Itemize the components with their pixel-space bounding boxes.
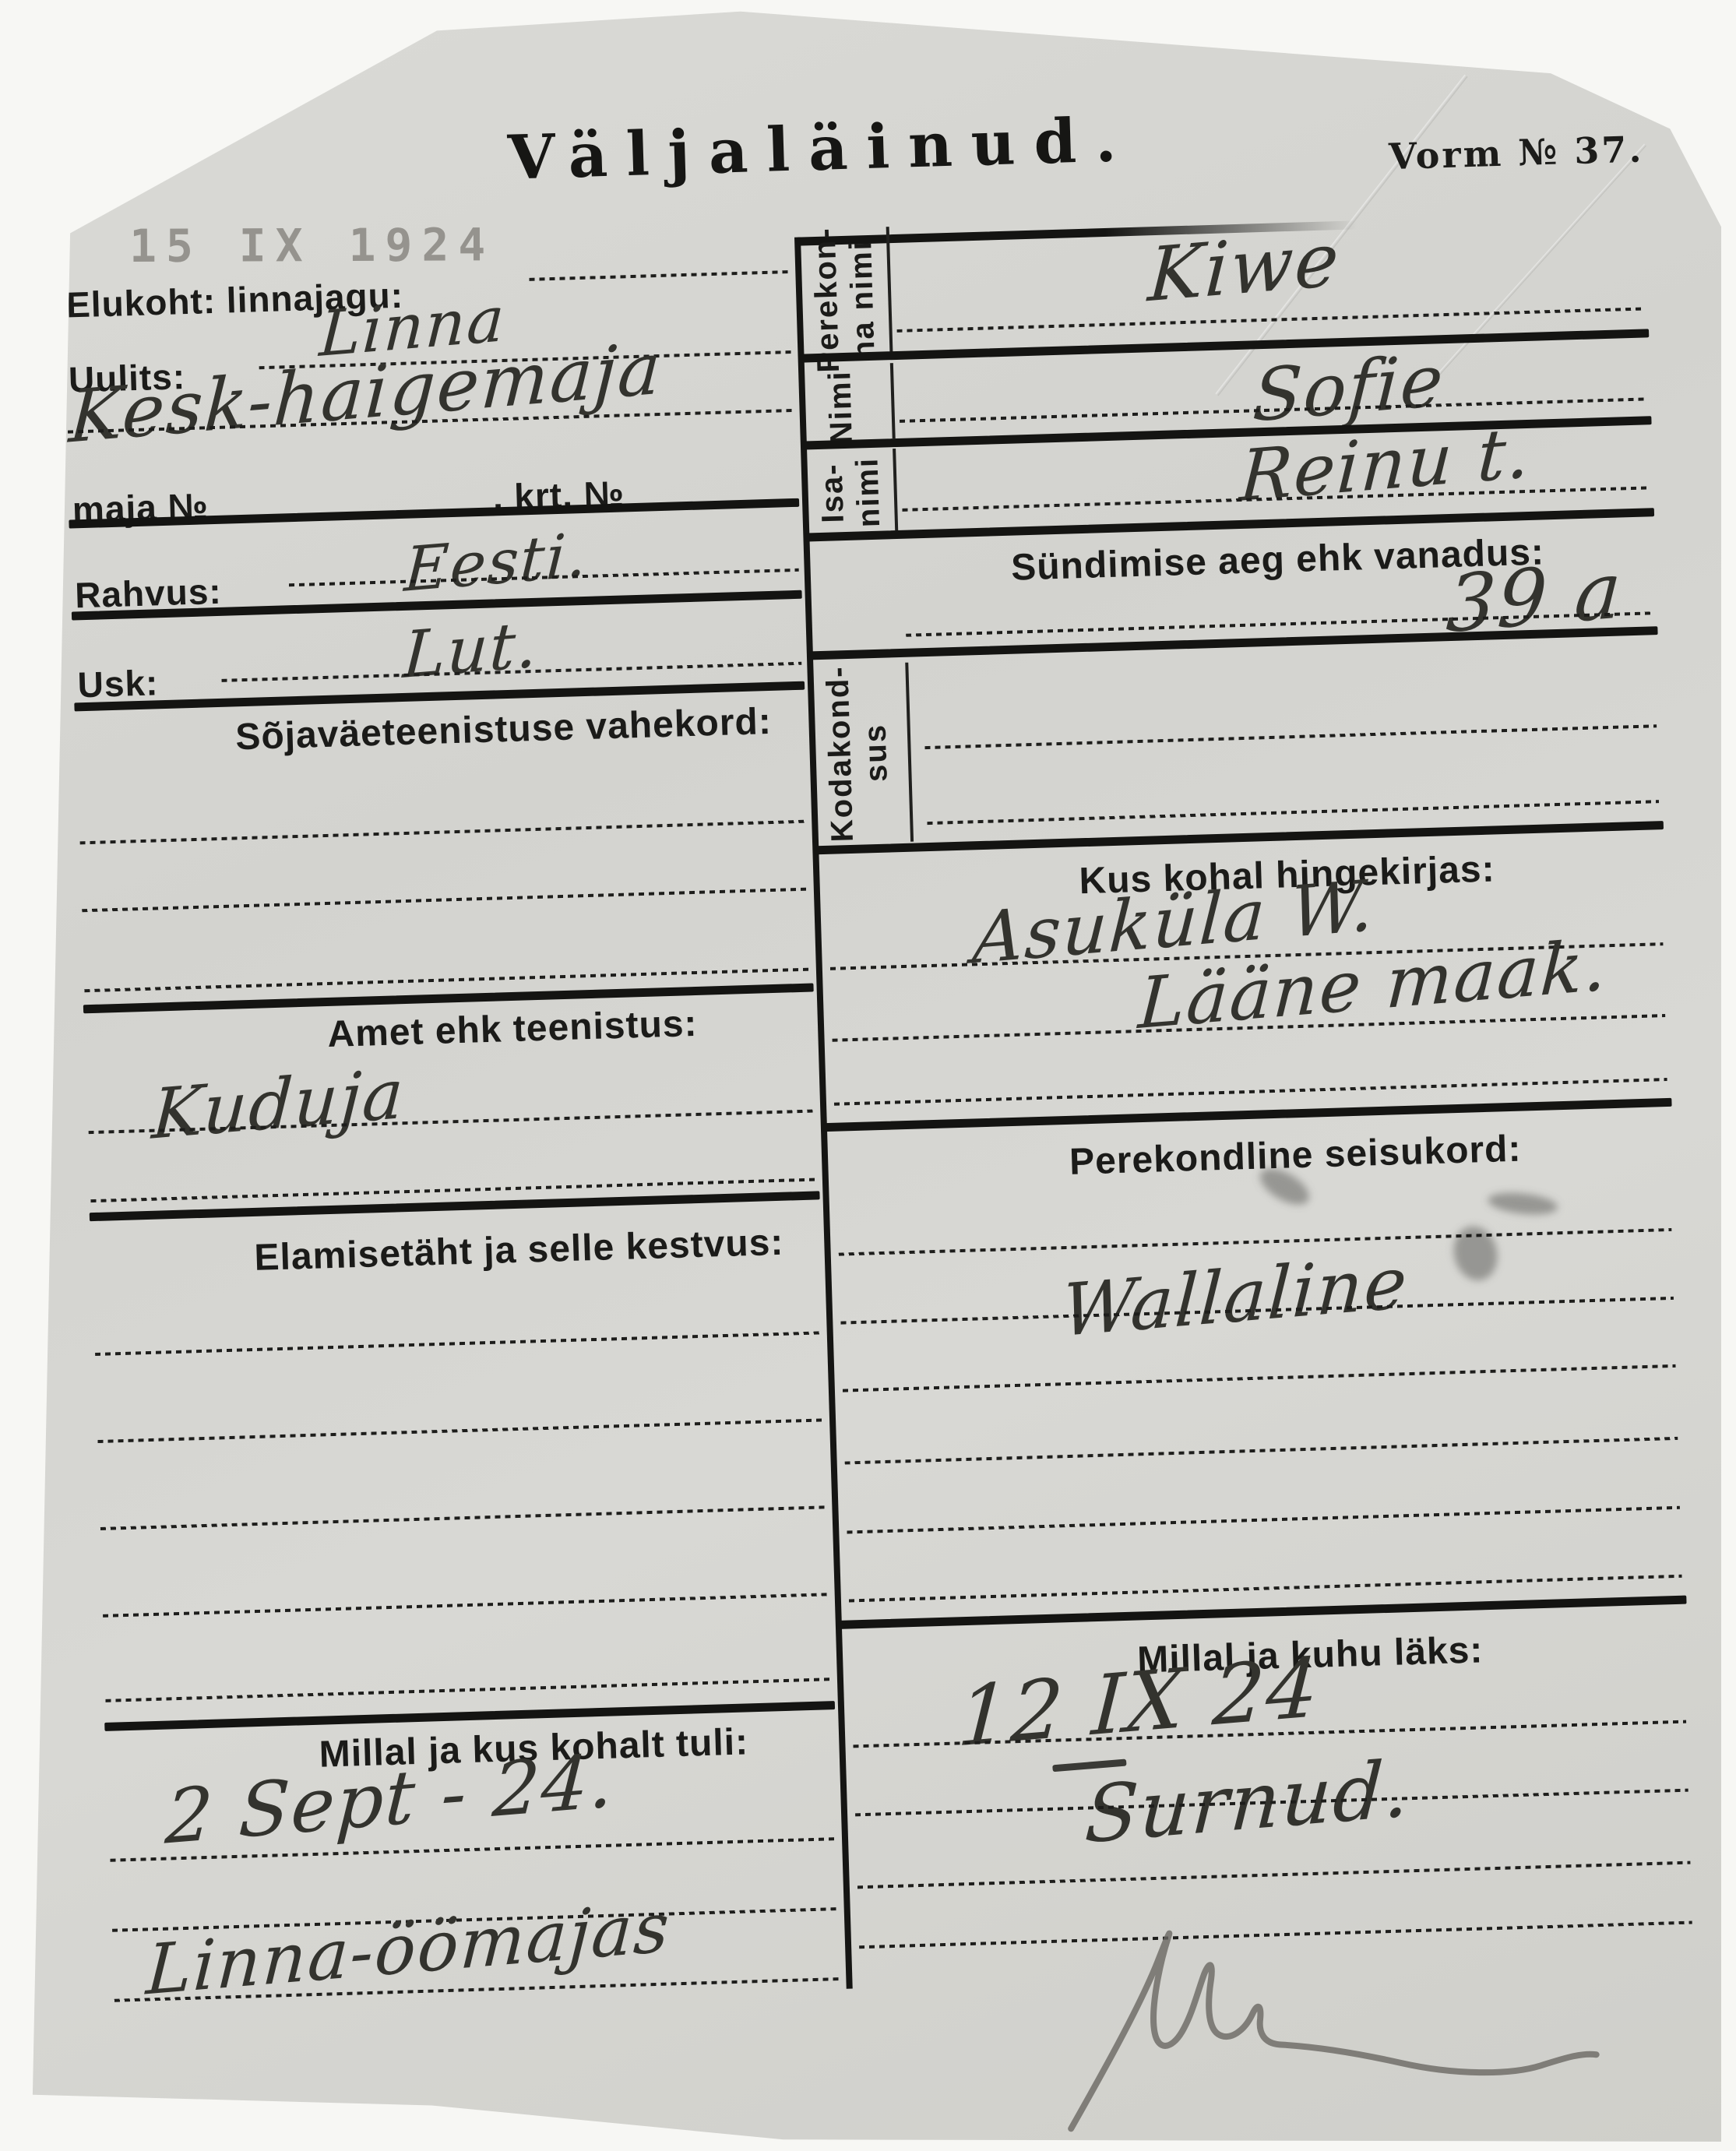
nimi-label-separator	[890, 363, 896, 438]
elamisetaht-dotted-4	[103, 1593, 829, 1618]
kodakondsus-label-separator	[905, 663, 914, 842]
rahvus-value: Eesti.	[403, 520, 590, 606]
kodakondsus-label: Kodakond- sus	[819, 663, 896, 844]
empty-dotted-1	[845, 1437, 1678, 1465]
rule-after-perekonnanimi	[800, 329, 1649, 362]
perekonnanimi-label-separator	[886, 227, 893, 353]
elamisetaht-dotted-3	[100, 1505, 827, 1530]
ink-smudge	[1487, 1190, 1558, 1218]
signature-scribble	[975, 1902, 1682, 2141]
empty-dotted-2	[847, 1506, 1680, 1534]
kodakondsus-dotted-2	[927, 800, 1659, 825]
form-number: Vorm № 37.	[1388, 128, 1644, 178]
seisukord-dotted-1	[839, 1228, 1672, 1256]
usk-label: Usk:	[77, 661, 159, 706]
sojavae-dotted-2	[82, 888, 808, 913]
elamisetaht-dotted-2	[97, 1418, 824, 1443]
seisukord-dotted-3	[843, 1364, 1676, 1392]
perekonnanimi-dotted-line	[897, 307, 1645, 332]
amet-value: Kuduja	[150, 1053, 407, 1154]
sojavae-heading: Sõjaväeteenistuse vahekord:	[153, 698, 854, 762]
nimi-label: Nimi	[822, 364, 860, 450]
form-content: Väljaläinud. Vorm № 37. 15 IX 1924 Eluko…	[24, 16, 1736, 2136]
elamisetaht-heading: Elamisetäht ja selle kestvus:	[168, 1219, 870, 1283]
elukoht-dotted-line	[529, 270, 790, 281]
kodakondsus-dotted-1	[924, 724, 1657, 749]
form-title: Väljaläinud.	[354, 100, 1290, 199]
rule-before-laks	[838, 1596, 1687, 1629]
scanned-form-paper: Väljaläinud. Vorm № 37. 15 IX 1924 Eluko…	[16, 9, 1721, 2142]
date-stamp: 15 IX 1924	[129, 218, 495, 273]
empty-dotted-3	[849, 1575, 1682, 1603]
seisukord-value: Wallaline	[1060, 1241, 1410, 1353]
perekonnanimi-value: Kiwe	[1146, 217, 1342, 319]
sojavae-dotted-1	[80, 820, 807, 845]
elamisetaht-dotted-1	[95, 1331, 822, 1356]
ink-smudge	[1449, 1222, 1503, 1285]
isanimi-label-separator	[893, 449, 898, 530]
usk-value: Lut.	[401, 607, 541, 693]
elamisetaht-dotted-5	[105, 1677, 832, 1702]
laks-dotted-3	[857, 1861, 1691, 1889]
isanimi-label: Isa- nimi	[813, 449, 887, 537]
